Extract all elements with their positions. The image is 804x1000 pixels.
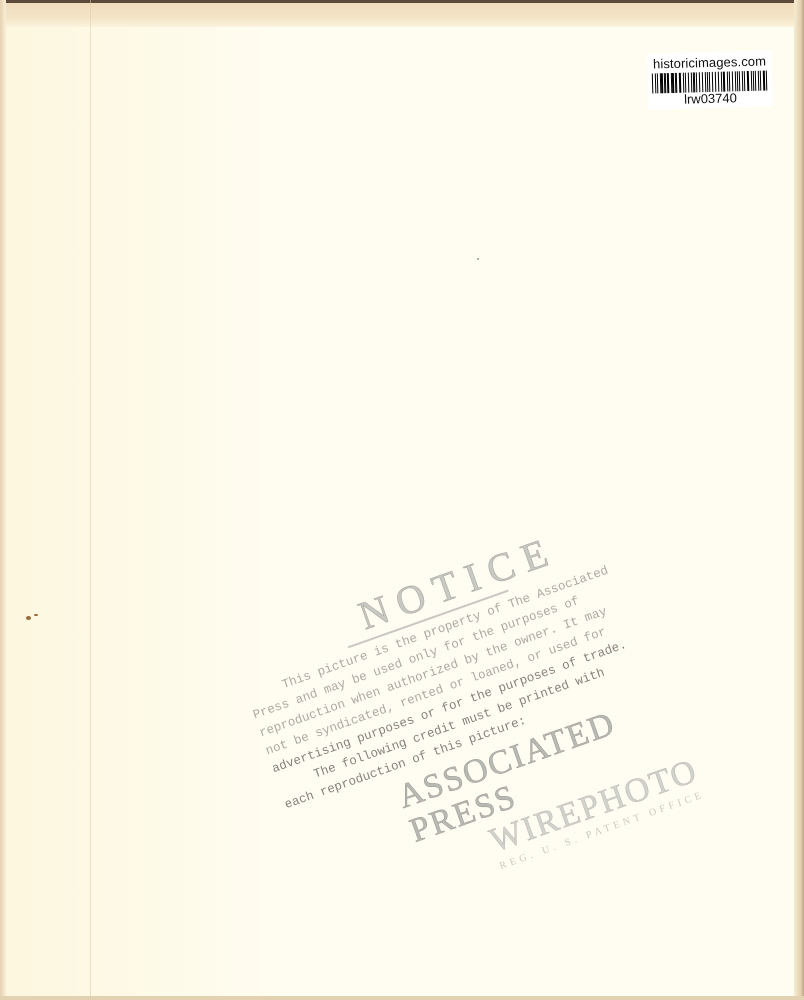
paper-left-edge bbox=[0, 0, 6, 1000]
paper-crease bbox=[90, 0, 91, 1000]
barcode-label: historicimages.com lrw03740 bbox=[647, 50, 772, 109]
ink-spot bbox=[477, 258, 479, 260]
ink-spot bbox=[26, 616, 31, 620]
paper-tint bbox=[0, 0, 300, 1000]
photo-back-sheet: historicimages.com lrw03740 NOTICE This … bbox=[0, 0, 804, 1000]
ink-spot bbox=[34, 614, 38, 616]
paper-bottom-edge bbox=[0, 996, 804, 1000]
paper-right-edge bbox=[794, 0, 804, 1000]
aged-top-band bbox=[0, 3, 804, 27]
label-site-text: historicimages.com bbox=[647, 54, 771, 71]
